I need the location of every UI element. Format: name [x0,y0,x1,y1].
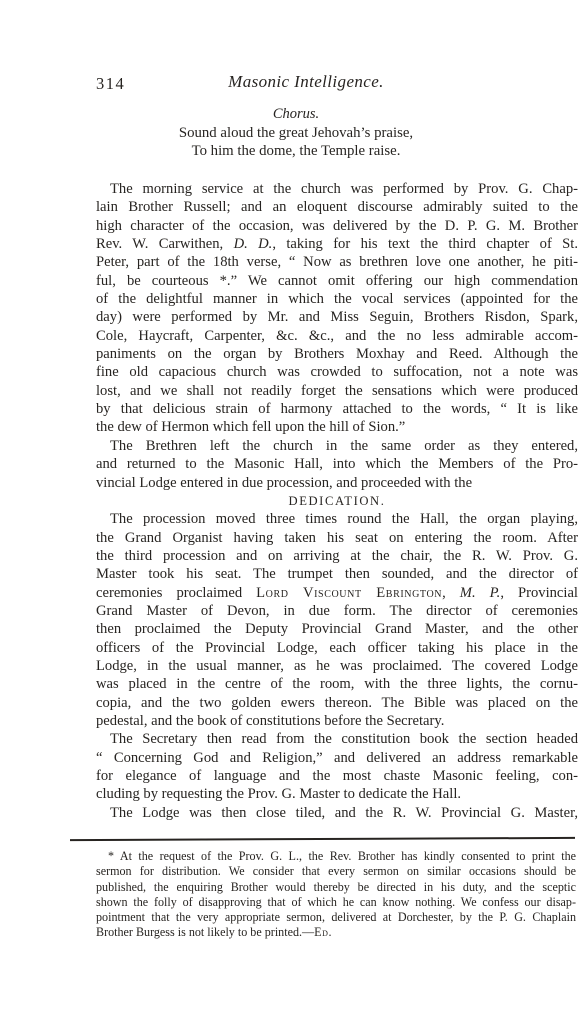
text-line: Rev. W. Carwithen, D. D., taking for his… [96,235,578,253]
chorus-verse-line: To him the dome, the Temple raise. [76,143,516,161]
text-line: fine old capacious church was crowded to… [96,363,578,381]
page-header-title: Masonic Intelligence. [96,72,516,92]
text-segment: , [442,585,460,601]
footnote-line: sermon for distribution. We consider tha… [96,864,576,879]
footnote-line: published, the enquiring Brother would t… [96,880,576,895]
footnote-line: shown the folly of disapproving that of … [96,895,576,910]
text-segment: Rev. W. Carwithen, [96,236,234,252]
text-line: copia, and the two golden ewers thereon.… [96,694,578,712]
text-segment: , taking for his text the third chapter … [272,236,578,252]
text-line: The Lodge was then close tiled, and the … [96,804,578,822]
footnote-line: pointment that the very appropriate serm… [96,910,576,925]
text-line: cluding by requesting the Prov. G. Maste… [96,785,578,803]
italic-text: D. D. [234,236,273,252]
chorus-verse-line: Sound aloud the great Jehovah’s praise, [76,125,516,143]
text-line: for elegance of language and the most ch… [96,767,578,785]
text-line: was placed in the centre of the room, wi… [96,675,578,693]
text-line: Master took his seat. The trumpet then s… [96,565,578,583]
text-line: Peter, part of the 18th verse, “ Now as … [96,253,578,271]
text-segment: ceremonies proclaimed [96,585,256,601]
text-line: Lodge, in the usual manner, as he was pr… [96,657,578,675]
document-page: 314 Masonic Intelligence. Chorus. Sound … [0,0,587,1020]
footnote-line: Brother Burgess is not likely to be prin… [96,925,576,940]
text-line: the Grand Organist having taken his seat… [96,529,578,547]
text-line: The procession moved three times round t… [96,510,578,528]
text-line: the third procession and on arriving at … [96,547,578,565]
text-line: then proclaimed the Deputy Provincial Gr… [96,620,578,638]
text-line: officers of the Provincial Lodge, each o… [96,639,578,657]
text-line: and returned to the Masonic Hall, into w… [96,455,578,473]
section-heading: DEDICATION. [96,492,578,510]
smallcaps-text: Ed. [314,925,332,939]
text-segment: Brother Burgess is not likely to be prin… [96,925,314,939]
italic-text: M. P. [460,585,501,601]
text-line: high character of the occasion, was deli… [96,217,578,235]
smallcaps-text: Lord Viscount Ebrington [256,585,442,601]
text-line: The Secretary then read from the constit… [96,730,578,748]
footnote-rule [70,837,575,841]
text-line: by that delicious strain of harmony atta… [96,400,578,418]
text-line: The morning service at the church was pe… [96,180,578,198]
text-line: paniments on the organ by Brothers Moxha… [96,345,578,363]
text-line: of the delightful manner in which the vo… [96,290,578,308]
text-line: pedestal, and the book of constitutions … [96,712,578,730]
text-line: the dew of Hermon which fell upon the hi… [96,418,578,436]
article-body: The morning service at the church was pe… [96,180,578,822]
text-line: vincial Lodge entered in due procession,… [96,474,578,492]
chorus-heading: Chorus. [76,106,516,123]
text-line: lost, and we shall not readily forget th… [96,382,578,400]
chorus-section: Chorus. Sound aloud the great Jehovah’s … [76,106,516,160]
text-line: “ Concerning God and Religion,” and deli… [96,749,578,767]
text-line: The Brethren left the church in the same… [96,437,578,455]
text-line: day) were performed by Mr. and Miss Segu… [96,308,578,326]
text-line: ful, be courteous *.” We cannot omit off… [96,272,578,290]
text-segment: , Provincial [500,585,578,601]
text-line: Grand Master of Devon, in due form. The … [96,602,578,620]
text-line: ceremonies proclaimed Lord Viscount Ebri… [96,584,578,602]
footnote: * At the request of the Prov. G. L., the… [96,849,576,941]
footnote-line: * At the request of the Prov. G. L., the… [96,849,576,864]
text-line: lain Brother Russell; and an eloquent di… [96,198,578,216]
text-line: Cole, Haycraft, Carpenter, &c. &c., and … [96,327,578,345]
